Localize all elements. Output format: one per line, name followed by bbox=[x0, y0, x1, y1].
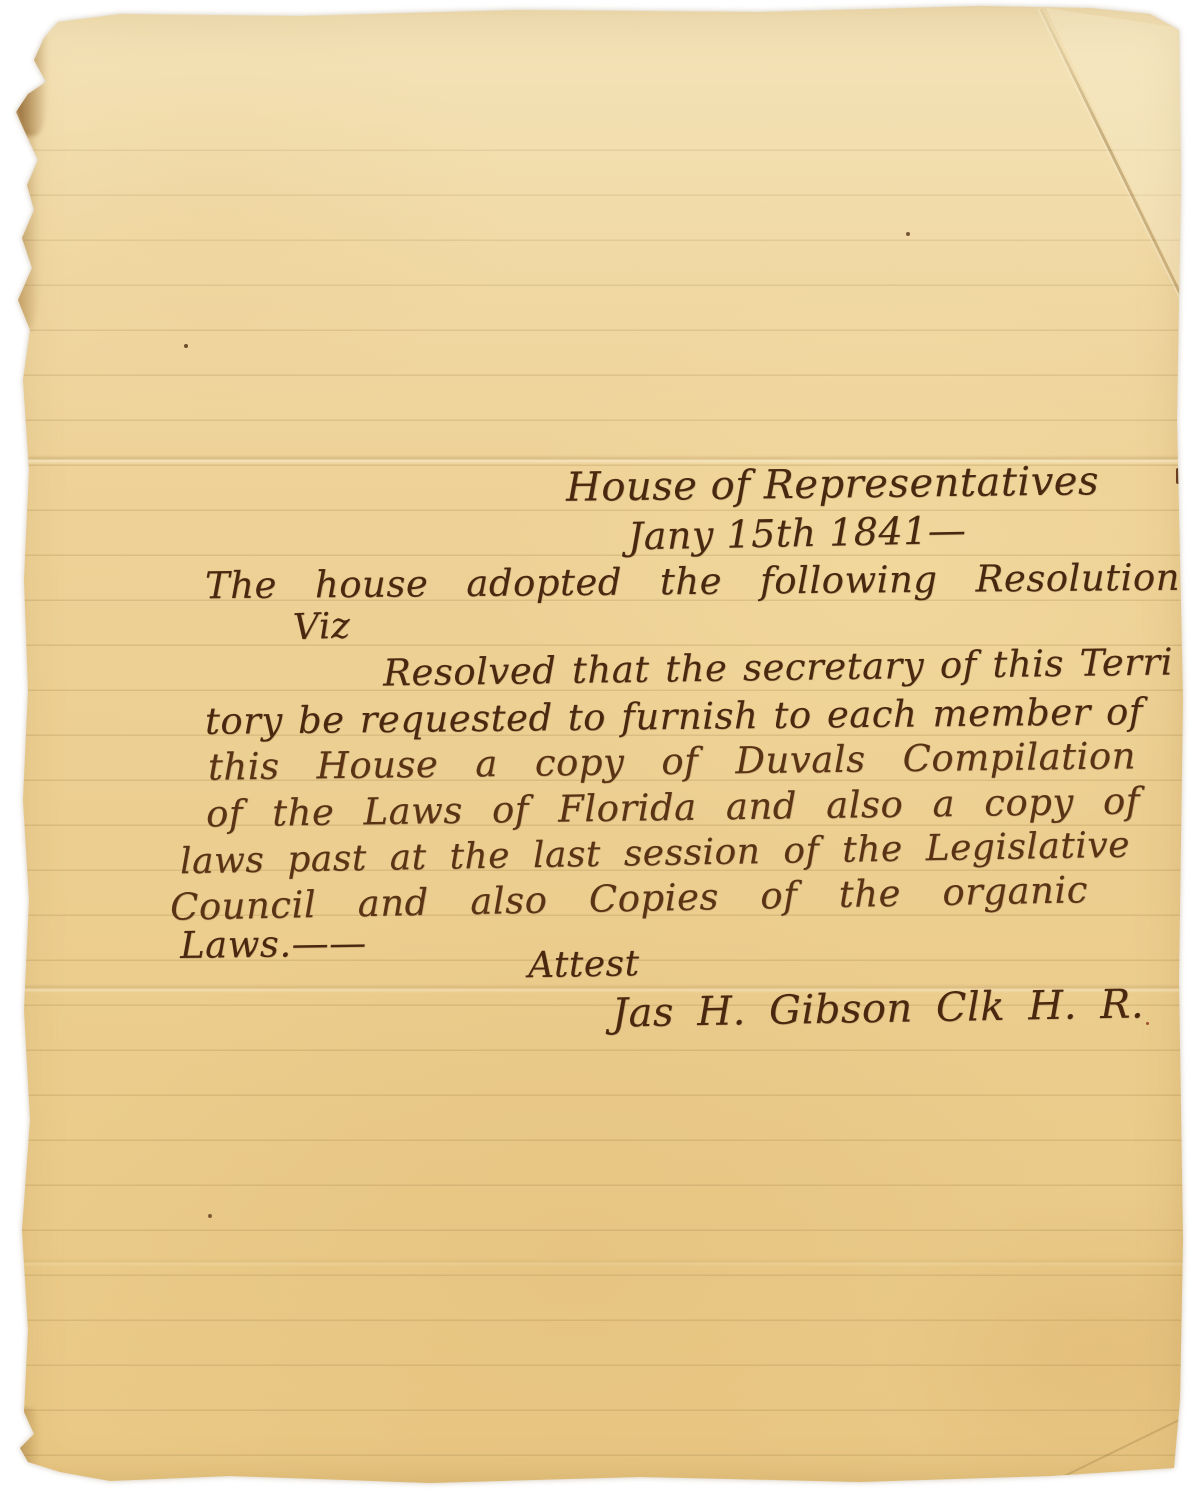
scanned-document: { "manuscript": { "heading_line_1": "Hou… bbox=[0, 0, 1200, 1502]
fold-crease-bottom-right bbox=[1058, 1417, 1185, 1480]
fold-crease-horizontal-2 bbox=[0, 984, 1200, 993]
ink-speck bbox=[184, 344, 188, 348]
manuscript-page-wrapper: House of Representatives Jany 15th 1841—… bbox=[0, 0, 1200, 1502]
fold-crease-horizontal-1 bbox=[0, 455, 1200, 464]
body-line-laws-of-florida: of the Laws of Florida and also a copy o… bbox=[206, 779, 1141, 835]
ruled-lines bbox=[0, 106, 1200, 1492]
paper-vignette bbox=[0, 0, 1200, 1502]
torn-edge-stain bbox=[14, 8, 48, 136]
body-line-adopted-resolution: The house adopted the following Resoluti… bbox=[205, 556, 1180, 608]
body-line-laws-dash: Laws.—— bbox=[180, 920, 466, 967]
manuscript-page: House of Representatives Jany 15th 1841—… bbox=[0, 0, 1200, 1502]
heading-date: Jany 15th 1841— bbox=[628, 510, 885, 559]
ink-speck bbox=[906, 232, 910, 236]
clerk-signature: Jas H. Gibson Clk H. R. bbox=[612, 981, 1145, 1036]
fold-crease-horizontal-3 bbox=[0, 1258, 1200, 1267]
ink-speck bbox=[1146, 1022, 1149, 1025]
body-line-copy-of-duvals: this House a copy of Duvals Compilation bbox=[208, 734, 1136, 788]
folded-corner-highlight bbox=[0, 0, 1200, 1502]
body-line-laws-past-session: laws past at the last session of the Leg… bbox=[180, 825, 1131, 883]
paper-top-light-band bbox=[0, 0, 1200, 470]
attest-label: Attest bbox=[528, 943, 669, 986]
fold-crease-diagonal bbox=[1039, 8, 1183, 298]
ink-speck bbox=[208, 1214, 212, 1218]
right-edge-ink-mark bbox=[1176, 468, 1181, 484]
body-line-viz: Viz bbox=[292, 605, 373, 649]
body-line-resolved: Resolved that the secretary of this Terr… bbox=[383, 640, 1174, 694]
torn-edge-stain-lower bbox=[12, 130, 40, 330]
heading-house-of-representatives: House of Representatives bbox=[566, 459, 1019, 511]
torn-edge-stain-bottom bbox=[14, 1408, 40, 1478]
body-line-tory-be-requested: tory be requested to furnish to each mem… bbox=[205, 690, 1143, 743]
body-line-council-organic: Council and also Copies of the organic bbox=[170, 868, 1089, 929]
